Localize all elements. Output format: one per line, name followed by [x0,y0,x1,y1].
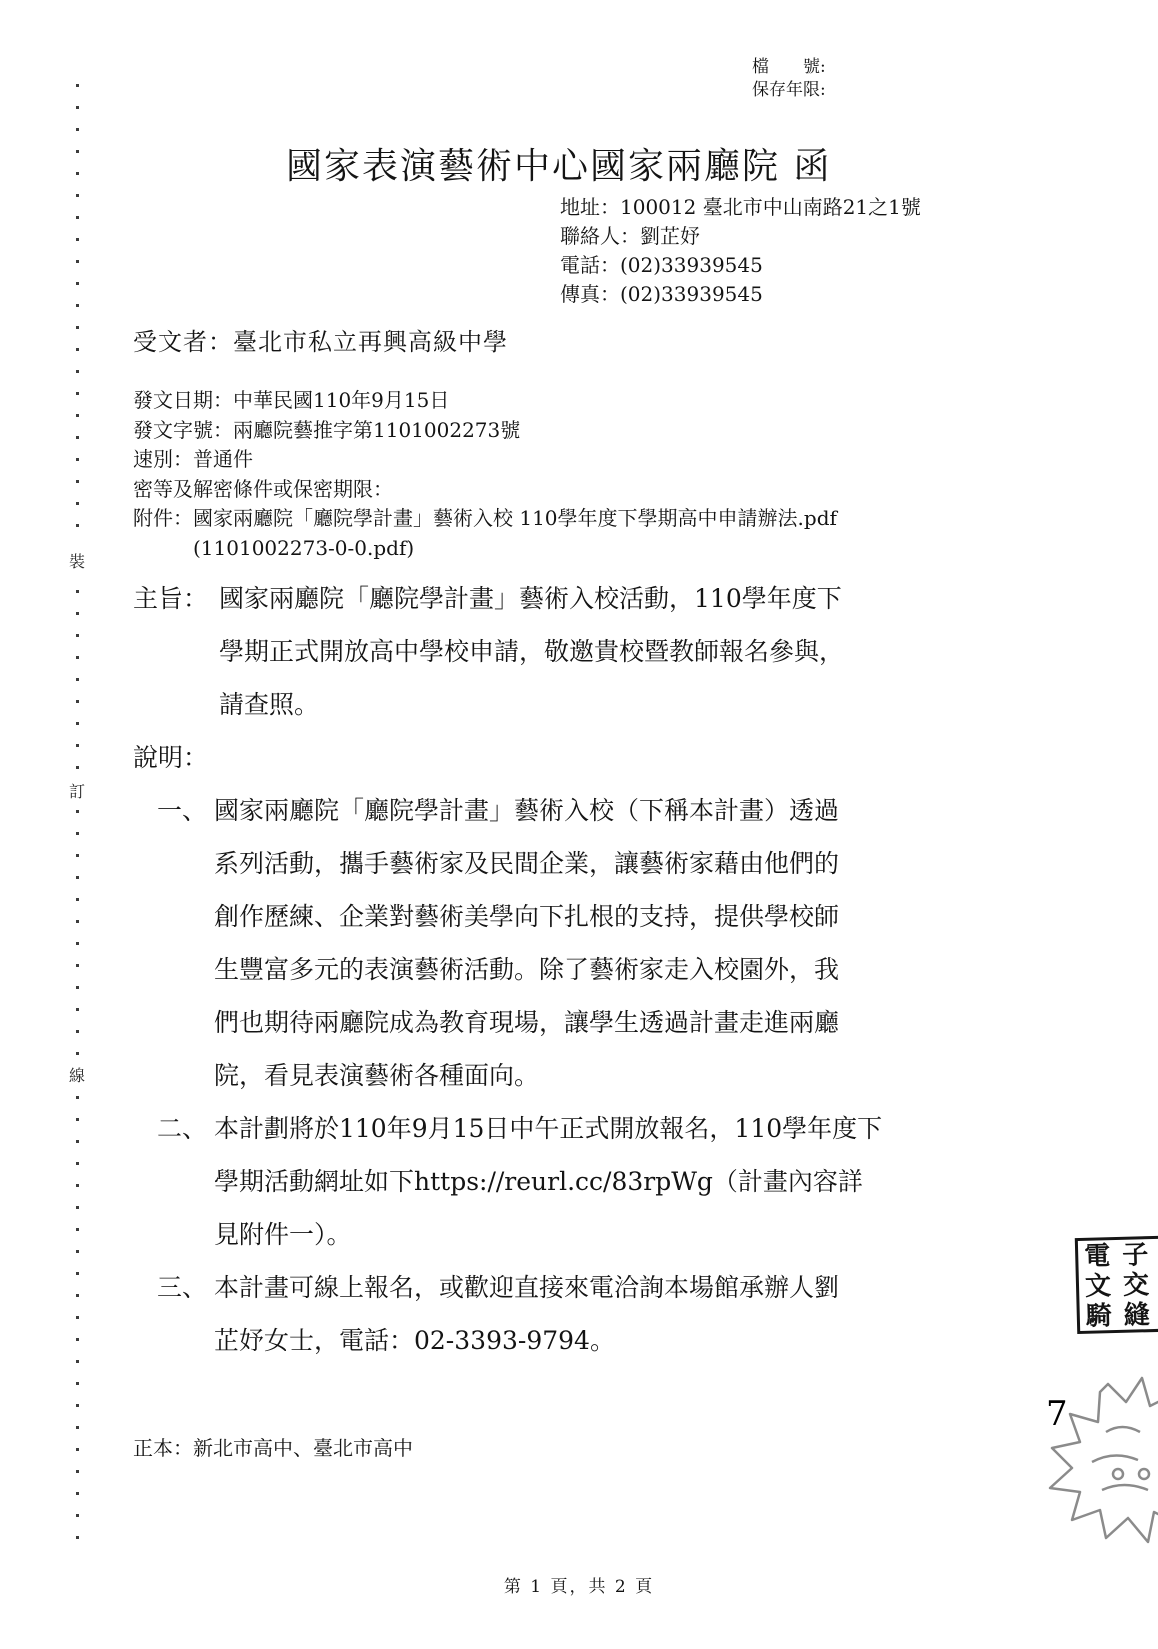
binding-mark-xian: 線 [66,1060,88,1089]
text-line: 學期正式開放高中學校申請，敬邀貴校暨教師報名參與， [219,625,844,678]
item-3-label: 三、 [157,1261,214,1314]
explanation-item-2: 二、 本計劃將於110年9月15日中午正式開放報名，110學年度下學期活動網址如… [157,1102,993,1261]
text-line: 聯絡人：劉芷妤 [560,222,921,251]
document-meta-block: 發文日期：中華民國110年9月15日發文字號：兩廳院藝推字第1101002273… [133,386,837,563]
page-footer: 第 1 頁，共 2 頁 [0,1572,1158,1597]
text-line: 創作歷練、企業對藝術美學向下扎根的支持，提供學校師 [214,890,839,943]
text-line: 文交 [1085,1268,1158,1302]
text-line: 發文字號：兩廳院藝推字第1101002273號 [133,416,837,446]
text-line: 系列活動，攜手藝術家及民間企業，讓藝術家藉由他們的 [214,837,839,890]
sender-contact-block: 地址：100012 臺北市中山南路21之1號聯絡人：劉芷妤電話：(02)3393… [560,193,921,309]
electronic-seal: 7 [1022,1362,1158,1552]
electronic-exchange-edge-stamp: 電子文交騎縫 [1075,1234,1158,1334]
text-line: 們也期待兩廳院成為教育現場，讓學生透過計畫走進兩廳 [214,996,839,1049]
document-title: 國家表演藝術中心國家兩廳院 函 [286,138,831,189]
text-line: 芷妤女士，電話：02-3393-9794。 [214,1314,839,1367]
text-line: 電話：(02)33939545 [560,251,921,280]
recipient-line: 受文者：臺北市私立再興高級中學 [133,322,508,357]
text-line: 地址：100012 臺北市中山南路21之1號 [560,193,921,222]
text-line: 發文日期：中華民國110年9月15日 [133,386,837,416]
binding-mark-ding: 訂 [66,776,88,805]
text-line: 見附件一）。 [214,1208,882,1261]
item-3-text: 本計畫可線上報名，或歡迎直接來電洽詢本場館承辦人劉芷妤女士，電話：02-3393… [214,1261,839,1367]
subject-text: 國家兩廳院「廳院學計畫」藝術入校活動，110學年度下學期正式開放高中學校申請，敬… [219,572,844,731]
item-2-text: 本計劃將於110年9月15日中午正式開放報名，110學年度下學期活動網址如下ht… [214,1102,882,1261]
explanation-item-3: 三、 本計畫可線上報名，或歡迎直接來電洽詢本場館承辦人劉芷妤女士，電話：02-3… [157,1261,993,1367]
explanation-label: 說明： [133,731,993,784]
text-line: 本計劃將於110年9月15日中午正式開放報名，110學年度下 [214,1102,882,1155]
text-line: 生豐富多元的表演藝術活動。除了藝術家走入校園外，我 [214,943,839,996]
text-line: 電子 [1084,1238,1158,1272]
document-body: 主旨： 國家兩廳院「廳院學計畫」藝術入校活動，110學年度下學期正式開放高中學校… [133,572,993,1367]
binding-mark-zhuang: 裝 [66,546,88,575]
explanation-item-1: 一、 國家兩廳院「廳院學計畫」藝術入校（下稱本計畫）透過系列活動，攜手藝術家及民… [157,784,993,1102]
distribution-line: 正本：新北市高中、臺北市高中 [133,1432,413,1461]
text-line: 速別：普通件 [133,445,837,475]
file-number-block: 檔 號: 保存年限: [752,56,826,102]
file-number-label: 檔 號: [752,56,826,79]
text-line: 騎縫 [1085,1298,1158,1332]
text-line: 密等及解密條件或保密期限： [133,475,837,505]
item-2-label: 二、 [157,1102,214,1155]
text-line: 學期活動網址如下https://reurl.cc/83rpWg（計畫內容詳 [214,1155,882,1208]
binding-dotted-line [76,84,79,1544]
retention-period-label: 保存年限: [752,79,826,102]
text-line: 國家兩廳院「廳院學計畫」藝術入校活動，110學年度下 [219,572,844,625]
document-page: 裝 訂 線 檔 號: 保存年限: 國家表演藝術中心國家兩廳院 函 地址：1000… [0,0,1158,1649]
text-line: (1101002273-0-0.pdf) [133,534,837,564]
text-line: 國家兩廳院「廳院學計畫」藝術入校（下稱本計畫）透過 [214,784,839,837]
text-line: 院，看見表演藝術各種面向。 [214,1049,839,1102]
subject-label: 主旨： [133,572,219,625]
text-line: 請查照。 [219,678,844,731]
text-line: 傳真：(02)33939545 [560,280,921,309]
item-1-label: 一、 [157,784,214,837]
text-line: 附件：國家兩廳院「廳院學計畫」藝術入校 110學年度下學期高中申請辦法.pdf [133,504,837,534]
text-line: 本計畫可線上報名，或歡迎直接來電洽詢本場館承辦人劉 [214,1261,839,1314]
seal-page-number: 7 [1046,1394,1068,1434]
starburst-seal-icon [1022,1362,1158,1552]
subject-section: 主旨： 國家兩廳院「廳院學計畫」藝術入校活動，110學年度下學期正式開放高中學校… [133,572,993,731]
item-1-text: 國家兩廳院「廳院學計畫」藝術入校（下稱本計畫）透過系列活動，攜手藝術家及民間企業… [214,784,839,1102]
